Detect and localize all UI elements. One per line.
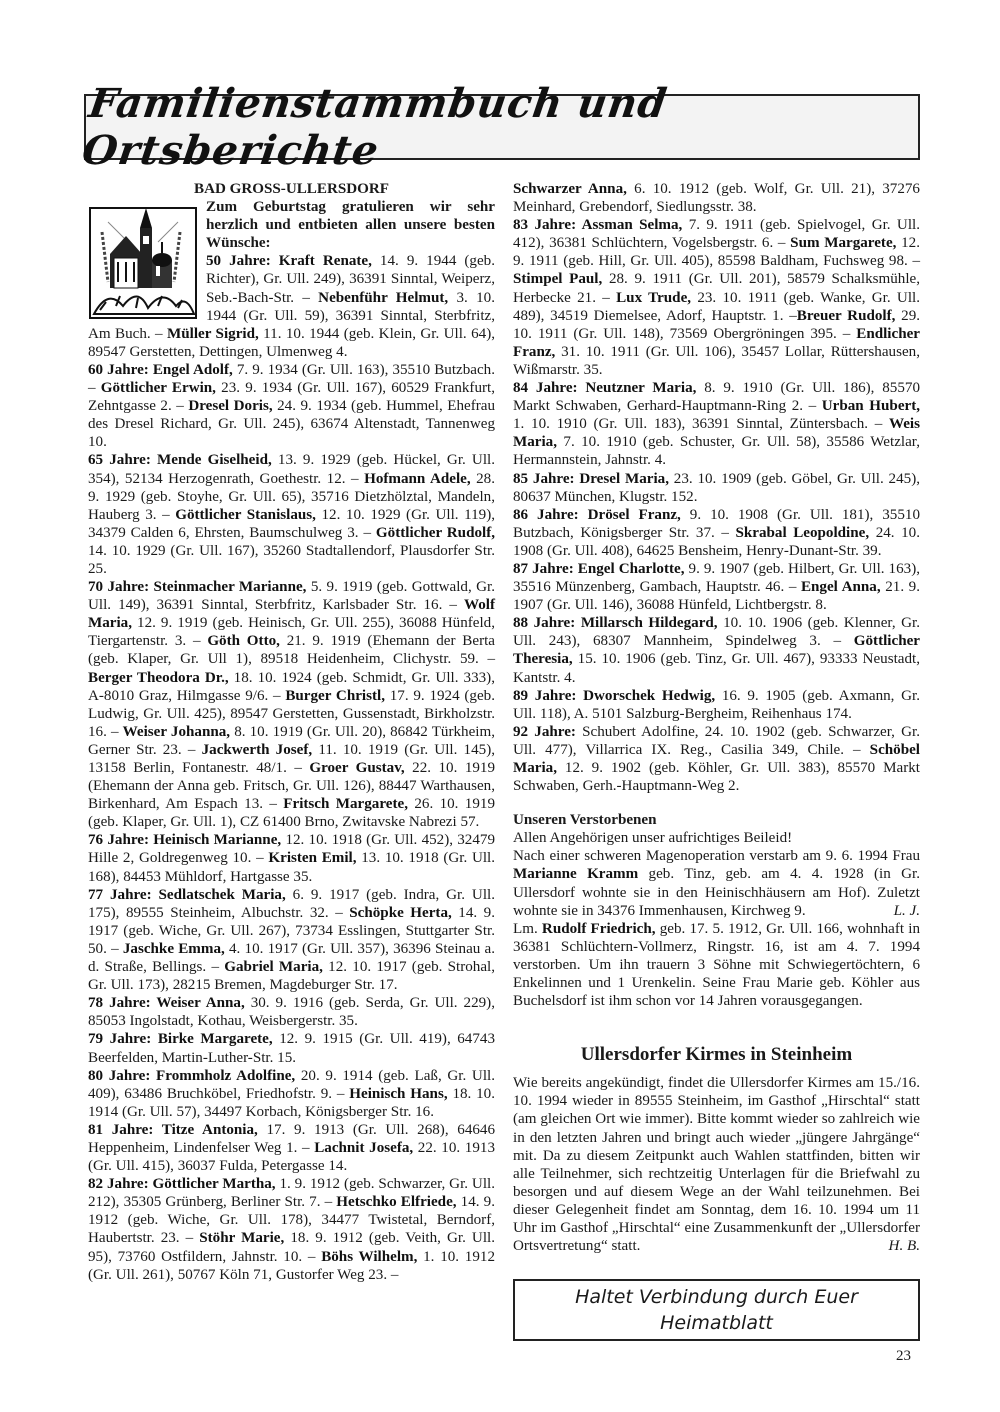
person-name: Lachnit Josefa, (314, 1140, 413, 1156)
birthday-entry: 76 Jahre: Heinisch Marianne, 12. 10. 191… (88, 831, 495, 885)
birthday-entry: 77 Jahre: Sedlatschek Maria, 6. 9. 1917 … (88, 886, 495, 995)
obituary-text: Nach einer schweren Magenoperation verst… (513, 848, 920, 864)
person-name: Engel Anna, (801, 579, 881, 595)
age-and-name: 88 Jahre: Millarsch Hildegard, (513, 615, 718, 631)
birthday-entry: 70 Jahre: Steinmacher Marianne, 5. 9. 19… (88, 578, 495, 831)
person-name: Göttlicher Erwin, (101, 380, 216, 396)
entry-details: 1. 10. 1910 (Gr. Ull. 183), 36391 Sinnta… (513, 416, 889, 432)
signature: L. J. (894, 902, 920, 920)
person-name: Jackwerth Josef, (202, 742, 313, 758)
obituaries-title: Unseren Verstorbenen (513, 811, 920, 829)
person-name: Burger Christl, (285, 688, 385, 704)
birthday-entry: 65 Jahre: Mende Giselheid, 13. 9. 1929 (… (88, 451, 495, 578)
age-and-name: 60 Jahre: Engel Adolf, (88, 362, 233, 378)
person-name: Göttlicher Stanislaus, (175, 507, 316, 523)
page-number: 23 (896, 1348, 911, 1365)
birthday-entry: 87 Jahre: Engel Charlotte, 9. 9. 1907 (g… (513, 560, 920, 614)
birthday-entry: 85 Jahre: Dresel Maria, 23. 10. 1909 (ge… (513, 470, 920, 506)
age-and-name: 80 Jahre: Frommholz Adolfine, (88, 1068, 295, 1084)
birthday-entry: 83 Jahre: Assman Selma, 7. 9. 1911 (geb.… (513, 216, 920, 379)
birthday-entry: 82 Jahre: Göttlicher Martha, 1. 9. 1912 … (88, 1175, 495, 1284)
birthday-entry: 86 Jahre: Drösel Franz, 9. 10. 1908 (Gr.… (513, 506, 920, 560)
deceased-name: Rudolf Friedrich, (542, 921, 656, 937)
church-illustration-icon (88, 202, 198, 320)
page-banner: Familienstammbuch und Ortsberichte (84, 94, 920, 160)
person-name: Groer Gustav, (309, 760, 404, 776)
person-name: Göttlicher Rudolf, (376, 525, 495, 541)
age-and-name: 82 Jahre: Göttlicher Martha, (88, 1176, 276, 1192)
age-and-name: 81 Jahre: Titze Antonia, (88, 1122, 258, 1138)
age-and-name: 50 Jahre: Kraft Renate, (206, 253, 372, 269)
obituary-notice: Lm. Rudolf Friedrich, geb. 17. 5. 1912, … (513, 920, 920, 1010)
kirmes-text: Wie bereits angekündigt, findet die Ulle… (513, 1074, 920, 1255)
person-name: Weiser Johanna, (123, 724, 230, 740)
age-and-name: 79 Jahre: Birke Margarete, (88, 1031, 273, 1047)
birthday-entry: Schwarzer Anna, 6. 10. 1912 (geb. Wolf, … (513, 180, 920, 216)
entry-details: 14. 10. 1929 (Gr. Ull. 167), 35260 Stadt… (88, 543, 495, 577)
age-and-name: 76 Jahre: Heinisch Marianne, (88, 832, 281, 848)
person-name: Skrabal Leopoldine, (735, 525, 869, 541)
slogan-box: Haltet Verbindung durch Euer Heimatblatt (513, 1279, 920, 1341)
entry-details: 7. 10. 1910 (geb. Schuster, Gr. Ull. 58)… (513, 434, 920, 468)
person-name: Fritsch Margarete, (283, 796, 408, 812)
age-and-name: 87 Jahre: Engel Charlotte, (513, 561, 685, 577)
age-and-name: 92 Jahre: (513, 724, 576, 740)
person-name: Müller Sigrid, (167, 326, 259, 342)
right-column: Schwarzer Anna, 6. 10. 1912 (geb. Wolf, … (513, 180, 920, 1341)
birthday-entry: 92 Jahre: Schubert Adolfine, 24. 10. 190… (513, 723, 920, 795)
birthday-entry: 78 Jahre: Weiser Anna, 30. 9. 1916 (geb.… (88, 994, 495, 1030)
kirmes-body: Wie bereits angekündigt, findet die Ulle… (513, 1075, 920, 1254)
entry-details: 15. 10. 1906 (geb. Tinz, Gr. Ull. 467), … (513, 651, 920, 685)
person-name: Urban Hubert, (822, 398, 920, 414)
age-and-name: 86 Jahre: Drösel Franz, (513, 507, 681, 523)
person-name: Stimpel Paul, (513, 271, 602, 287)
person-name: Stöhr Marie, (199, 1230, 284, 1246)
obituary-text: Lm. (513, 921, 542, 937)
age-and-name: 84 Jahre: Neutzner Maria, (513, 380, 696, 396)
birthday-list-continued: Schwarzer Anna, 6. 10. 1912 (geb. Wolf, … (513, 180, 920, 795)
page-title: Familienstammbuch und Ortsberichte (79, 80, 924, 174)
person-name: Breuer Rudolf, (797, 308, 896, 324)
person-name: Gabriel Maria, (224, 959, 323, 975)
place-heading: BAD GROSS-ULLERSDORF (88, 180, 495, 198)
birthday-entry: 79 Jahre: Birke Margarete, 12. 9. 1915 (… (88, 1030, 495, 1066)
person-name: Göth Otto, (207, 633, 280, 649)
age-and-name: 89 Jahre: Dworschek Hedwig, (513, 688, 715, 704)
entry-details: 12. 9. 1902 (geb. Köhler, Gr. Ull. 383),… (513, 760, 920, 794)
person-name: Kristen Emil, (268, 850, 356, 866)
person-name: Heinisch Hans, (349, 1086, 447, 1102)
person-name: Berger Theodora Dr., (88, 670, 229, 686)
birthday-entry: 88 Jahre: Millarsch Hildegard, 10. 10. 1… (513, 614, 920, 686)
birthday-entry: 81 Jahre: Titze Antonia, 17. 9. 1913 (Gr… (88, 1121, 495, 1175)
birthday-entry: 89 Jahre: Dworschek Hedwig, 16. 9. 1905 … (513, 687, 920, 723)
person-name: Lux Trude, (616, 290, 691, 306)
birthday-entry: 60 Jahre: Engel Adolf, 7. 9. 1934 (Gr. U… (88, 361, 495, 451)
person-name: Schöpke Herta, (349, 905, 452, 921)
left-column: BAD GROSS-ULLERSDORF Zum Geburtstag grat… (88, 180, 495, 1284)
age-and-name: 70 Jahre: Steinmacher Marianne, (88, 579, 306, 595)
kirmes-heading: Ullersdorfer Kirmes in Steinheim (513, 1044, 920, 1066)
entry-details: 31. 10. 1911 (Gr. Ull. 106), 35457 Lolla… (513, 344, 920, 378)
person-name: Böhs Wilhelm, (321, 1249, 417, 1265)
obituary-notice: Nach einer schweren Magenoperation verst… (513, 847, 920, 919)
condolence-text: Allen Angehörigen unser aufrichtiges Bei… (513, 829, 920, 847)
age-and-name: 83 Jahre: Assman Selma, (513, 217, 682, 233)
deceased-name: Marianne Kramm (513, 866, 638, 882)
person-name: Sum Margarete, (790, 235, 896, 251)
birthday-entry: 84 Jahre: Neutzner Maria, 8. 9. 1910 (Gr… (513, 379, 920, 469)
birthday-list: 50 Jahre: Kraft Renate, 14. 9. 1944 (geb… (88, 252, 495, 1283)
person-name: Schwarzer Anna, (513, 181, 627, 197)
age-and-name: 65 Jahre: Mende Giselheid, (88, 452, 272, 468)
person-name: Nebenführ Helmut, (318, 290, 448, 306)
age-and-name: 85 Jahre: Dresel Maria, (513, 471, 669, 487)
age-and-name: 78 Jahre: Weiser Anna, (88, 995, 245, 1011)
age-and-name: 77 Jahre: Sedlatschek Maria, (88, 887, 286, 903)
person-name: Hofmann Adele, (364, 471, 471, 487)
person-name: Hetschko Elfriede, (336, 1194, 456, 1210)
birthday-entry: 80 Jahre: Frommholz Adolfine, 20. 9. 191… (88, 1067, 495, 1121)
person-name: Jaschke Emma, (123, 941, 225, 957)
signature: H. B. (889, 1237, 920, 1255)
person-name: Dresel Doris, (188, 398, 272, 414)
